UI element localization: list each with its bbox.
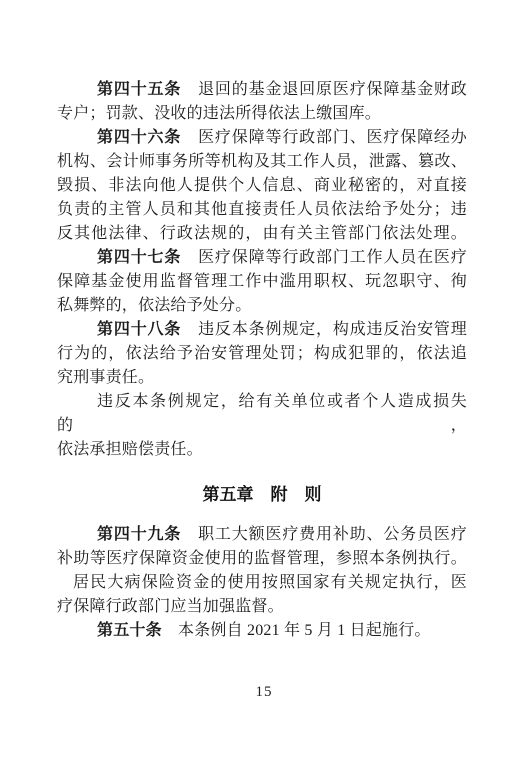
body-text: 专户；罚款、没收的违法所得依法上缴国库。 <box>57 105 381 122</box>
page-number: 15 <box>0 684 528 701</box>
article-number: 第四十五条 <box>97 81 181 98</box>
article-50-line-1: 第五十条 本条例自 2021 年 5 月 1 日起施行。 <box>57 619 467 643</box>
article-46-line-4: 负责的主管人员和其他直接责任人员依法给予处分；违 <box>57 198 467 222</box>
article-46-line-2: 机构、会计师事务所等机构及其工作人员，泄露、篡改、 <box>57 150 467 174</box>
body-text: 疗保障行政部门应当加强监督。 <box>57 598 284 615</box>
article-number: 第四十八条 <box>97 321 181 338</box>
body-text: 保障基金使用监督管理工作中滥用职权、玩忽职守、徇 <box>57 273 467 290</box>
body-text: 依法承担赔偿责任。 <box>57 441 203 458</box>
body-text: 违反本条例规定，构成违反治安管理 <box>181 321 467 338</box>
body-text: 机构、会计师事务所等机构及其工作人员，泄露、篡改、 <box>57 153 467 170</box>
article-45-line-1: 第四十五条 退回的基金退回原医疗保障基金财政 <box>57 78 467 102</box>
article-number: 第四十六条 <box>97 129 181 146</box>
article-46-line-5: 反其他法律、行政法规的，由有关主管部门依法处理。 <box>57 222 467 246</box>
article-47-line-2: 保障基金使用监督管理工作中滥用职权、玩忽职守、徇 <box>57 270 467 294</box>
document-content: 第四十五条 退回的基金退回原医疗保障基金财政专户；罚款、没收的违法所得依法上缴国… <box>57 78 467 643</box>
body-text: 毁损、非法向他人提供个人信息、商业秘密的，对直接 <box>57 177 467 194</box>
document-page: 第四十五条 退回的基金退回原医疗保障基金财政专户；罚款、没收的违法所得依法上缴国… <box>0 0 528 767</box>
article-number: 第四十九条 <box>97 526 181 543</box>
article-48-para-2-line-1: 违反本条例规定，给有关单位或者个人造成损失的， <box>57 390 467 438</box>
body-text: 私舞弊的，依法给予处分。 <box>57 297 251 314</box>
article-46-line-3: 毁损、非法向他人提供个人信息、商业秘密的，对直接 <box>57 174 467 198</box>
body-text: 退回的基金退回原医疗保障基金财政 <box>181 81 467 98</box>
body-text: 行为的，依法给予治安管理处罚；构成犯罪的，依法追 <box>57 345 467 362</box>
body-text: 违反本条例规定，给有关单位或者个人造成损失的， <box>57 393 467 434</box>
article-48-para-2-line-2: 依法承担赔偿责任。 <box>57 438 467 462</box>
article-48-line-2: 行为的，依法给予治安管理处罚；构成犯罪的，依法追 <box>57 342 467 366</box>
article-49-line-1: 第四十九条 职工大额医疗费用补助、公务员医疗 <box>57 523 467 547</box>
body-text: 居民大病保险资金的使用按照国家有关规定执行，医 <box>73 574 467 591</box>
article-49-para-2-line-1: 居民大病保险资金的使用按照国家有关规定执行，医 <box>57 571 467 595</box>
body-text: 职工大额医疗费用补助、公务员医疗 <box>181 526 467 543</box>
body-text: 究刑事责任。 <box>57 369 154 386</box>
body-text: 医疗保障等行政部门工作人员在医疗 <box>181 249 467 266</box>
body-text: 本条例自 2021 年 5 月 1 日起施行。 <box>162 622 431 639</box>
body-text: 医疗保障等行政部门、医疗保障经办 <box>181 129 467 146</box>
body-text: 负责的主管人员和其他直接责任人员依法给予处分；违 <box>57 201 467 218</box>
body-text: 补助等医疗保障资金使用的监督管理，参照本条例执行。 <box>57 550 467 567</box>
article-46-line-1: 第四十六条 医疗保障等行政部门、医疗保障经办 <box>57 126 467 150</box>
article-49-line-2: 补助等医疗保障资金使用的监督管理，参照本条例执行。 <box>57 547 467 571</box>
body-text: 反其他法律、行政法规的，由有关主管部门依法处理。 <box>57 225 467 242</box>
article-48-line-3: 究刑事责任。 <box>57 366 467 390</box>
article-number: 第五十条 <box>97 622 162 639</box>
article-number: 第四十七条 <box>97 249 181 266</box>
article-45-line-2: 专户；罚款、没收的违法所得依法上缴国库。 <box>57 102 467 126</box>
article-49-para-2-line-2: 疗保障行政部门应当加强监督。 <box>57 595 467 619</box>
chapter-5-heading: 第五章 附 则 <box>57 483 467 507</box>
article-48-line-1: 第四十八条 违反本条例规定，构成违反治安管理 <box>57 318 467 342</box>
article-47-line-3: 私舞弊的，依法给予处分。 <box>57 294 467 318</box>
article-47-line-1: 第四十七条 医疗保障等行政部门工作人员在医疗 <box>57 246 467 270</box>
